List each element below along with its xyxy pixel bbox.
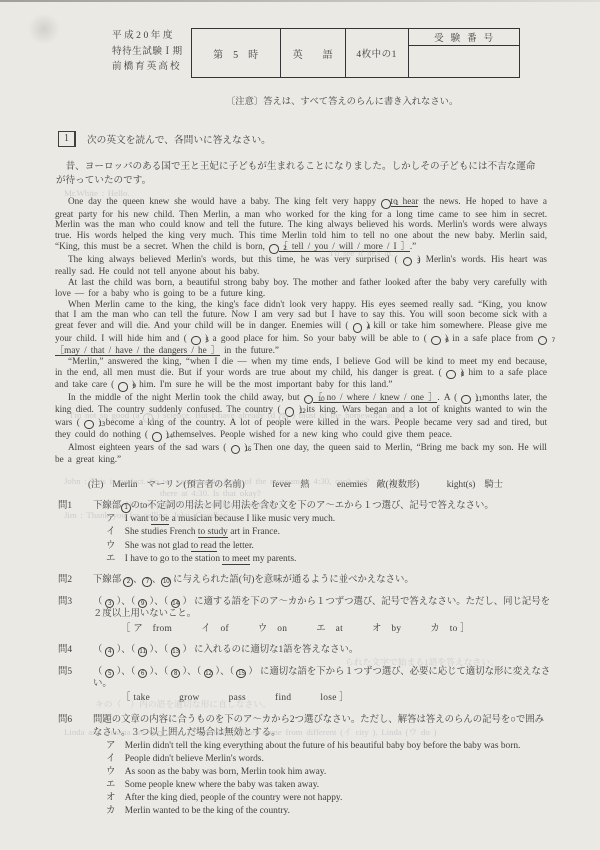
school-info: 平成20年度 特待生試験Ｉ期 前橋育英高校 bbox=[112, 28, 183, 75]
ghost-text: キの（ ）内の語を適切な形に直しなさい。 bbox=[95, 697, 271, 710]
ghost-text: I'm not so good (a 7 ) science. But I ha… bbox=[70, 410, 406, 423]
bleed-through-layer: Mr.White : Hello.I'll see if he's in.I'm… bbox=[0, 0, 600, 850]
exam-name: 特待生試験Ｉ期 bbox=[112, 44, 183, 60]
exam-year: 平成20年度 bbox=[112, 28, 183, 44]
ghost-text: I'll see if he's in. bbox=[330, 248, 393, 258]
ghost-text: Linda and Rosana are very kind (ア woman … bbox=[64, 725, 436, 738]
exam-sheet-scan: Mr.White : Hello.I'll see if he's in.I'm… bbox=[0, 0, 600, 850]
period-cell: 第 5 時 bbox=[192, 29, 280, 77]
examinee-number-label: 受験番号 bbox=[409, 29, 519, 46]
school-name: 前橋育英高校 bbox=[112, 59, 183, 75]
header: 平成20年度 特待生試験Ｉ期 前橋育英高校 第 5 時 英 語 4枚中の1 受験… bbox=[112, 28, 600, 78]
title-table: 第 5 時 英 語 4枚中の1 受験番号 bbox=[191, 28, 520, 78]
ghost-text: there at 4:30. Is that okay? bbox=[160, 488, 261, 498]
ghost-text: Great. No problem. I'll see you there. G… bbox=[100, 499, 278, 509]
subject-cell: 英 語 bbox=[280, 29, 345, 77]
ghost-text: Jim : Thank you for calling, John. Goodb… bbox=[64, 510, 230, 520]
sheet-count-cell: 4枚中の1 bbox=[345, 29, 408, 77]
examinee-number-cell: 受験番号 bbox=[408, 29, 519, 77]
ghost-text: John : This is perfect. So we can meet i… bbox=[64, 476, 369, 486]
ghost-text: られた文字で始まる1語を答えなさい。 bbox=[345, 655, 499, 668]
examinee-number-blank bbox=[409, 46, 519, 77]
ghost-text: Mr.White : Hello. bbox=[64, 188, 130, 198]
